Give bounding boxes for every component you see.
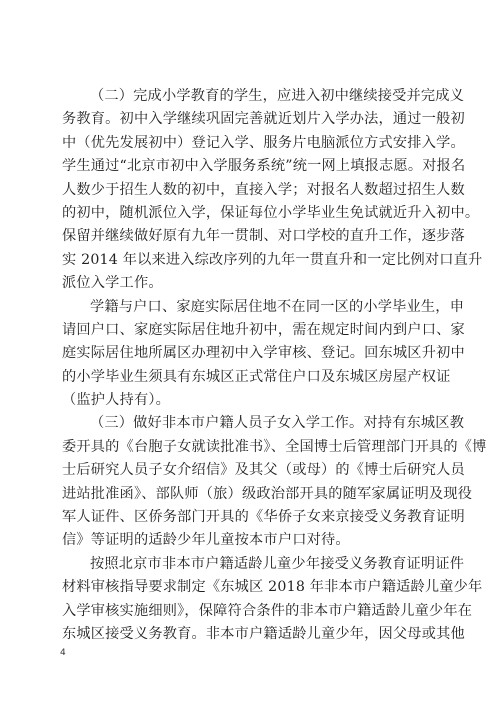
text-line: 按照北京市非本市户籍适龄儿童少年接受义务教育证明证件 [62,553,440,576]
text-line: 的初中，随机派位入学，保证每位小学毕业生免试就近升入初中。 [62,202,440,225]
paragraph-cross-district-students: 学籍与户口、家庭实际居住地不在同一区的小学毕业生，申 请回户口、家庭实际居住地升… [62,296,440,413]
body-text: （二）完成小学教育的学生，应进入初中继续接受并完成义 务教育。初中入学继续巩固完… [62,85,440,646]
paragraph-junior-middle-school-enrollment: （二）完成小学教育的学生，应进入初中继续接受并完成义 务教育。初中入学继续巩固完… [62,85,440,296]
text-line: 请回户口、家庭实际居住地升初中，需在规定时间内到户口、家 [62,319,440,342]
text-line: 学籍与户口、家庭实际居住地不在同一区的小学毕业生，申 [62,296,440,319]
text-line: 务教育。初中入学继续巩固完善就近划片入学办法，通过一般初 [62,108,440,131]
text-line: （监护人持有）。 [62,389,440,412]
text-line: （二）完成小学教育的学生，应进入初中继续接受并完成义 [62,85,440,108]
text-line: 士后研究人员子女介绍信》及其父（或母）的《博士后研究人员 [62,459,440,482]
text-line: 人数少于招生人数的初中，直接入学；对报名人数超过招生人数 [62,179,440,202]
text-line: 军人证件、区侨务部门开具的《华侨子女来京接受义务教育证明 [62,506,440,529]
text-line: 实 2014 年以来进入综改序列的九年一贯直升和一定比例对口直升 [62,249,440,272]
text-line: 进站批准函》、部队师（旅）级政治部开具的随军家属证明及现役 [62,483,440,506]
text-line: 东城区接受义务教育。非本市户籍适龄儿童少年，因父母或其他 [62,623,440,646]
text-line: （三）做好非本市户籍人员子女入学工作。对持有东城区教 [62,412,440,435]
paragraph-review-guidelines: 按照北京市非本市户籍适龄儿童少年接受义务教育证明证件 材料审核指导要求制定《东城… [62,553,440,647]
text-line: 派位入学工作。 [62,272,440,295]
document-page: （二）完成小学教育的学生，应进入初中继续接受并完成义 务教育。初中入学继续巩固完… [0,0,500,707]
text-line: 委开具的《台胞子女就读批准书》、全国博士后管理部门开具的《博 [62,436,440,459]
text-line: 信》等证明的适龄少年儿童按本市户口对待。 [62,529,440,552]
text-line: 材料审核指导要求制定《东城区 2018 年非本市户籍适龄儿童少年 [62,576,440,599]
text-line: 入学审核实施细则》，保障符合条件的非本市户籍适龄儿童少年在 [62,600,440,623]
text-line: 保留并继续做好原有九年一贯制、对口学校的直升工作，逐步落 [62,225,440,248]
text-line: 学生通过“北京市初中入学服务系统”统一网上填报志愿。对报名 [62,155,440,178]
text-line: 的小学毕业生须具有东城区正式常住户口及东城区房屋产权证 [62,366,440,389]
paragraph-non-local-children: （三）做好非本市户籍人员子女入学工作。对持有东城区教 委开具的《台胞子女就读批准… [62,412,440,552]
text-line: 庭实际居住地所属区办理初中入学审核、登记。回东城区升初中 [62,342,440,365]
text-line: 中（优先发展初中）登记入学、服务片电脑派位方式安排入学。 [62,132,440,155]
page-number: 4 [60,648,66,658]
